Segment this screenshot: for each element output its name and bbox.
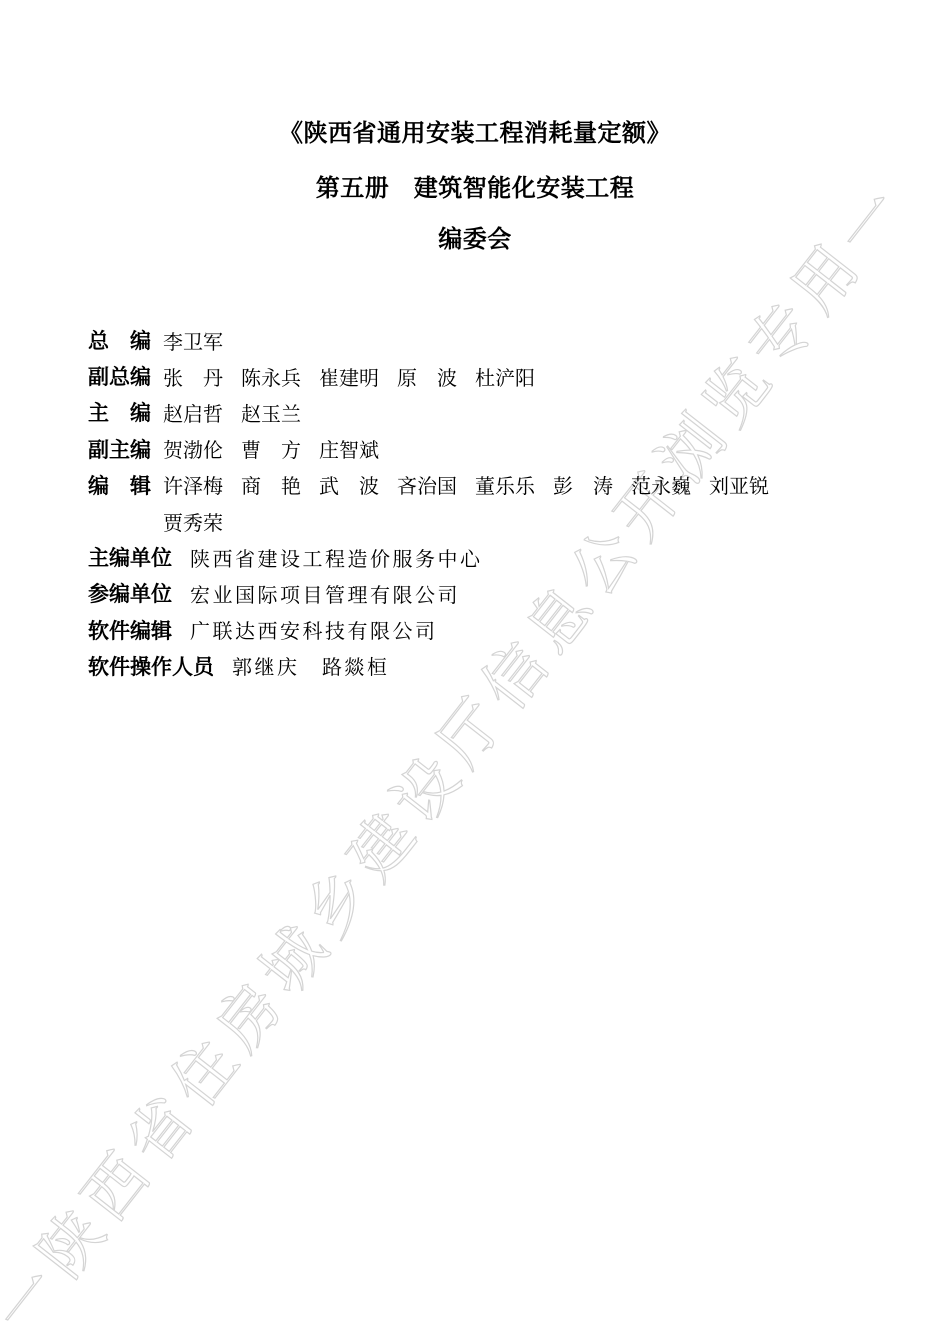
person-name: 武 波 xyxy=(319,470,379,499)
row-chief-editing-unit: 主编单位 陕西省建设工程造价服务中心 xyxy=(88,539,888,575)
person-name: 商 艳 xyxy=(241,470,301,499)
row-deputy-main-editors: 副主编 贺渤伦曹 方庄智斌 xyxy=(88,431,888,467)
org-role-label: 软件操作人员 xyxy=(88,651,214,681)
org-role-label: 参编单位 xyxy=(88,578,172,608)
person-names: 赵启哲赵玉兰 xyxy=(163,398,301,427)
org-name: 广联达西安科技有限公司 xyxy=(190,615,438,644)
person-name: 刘亚锐 xyxy=(709,470,769,499)
person-name: 许泽梅 xyxy=(163,470,223,499)
operator-names: 郭继庆 路燚桓 xyxy=(232,651,390,680)
org-role-label: 主编单位 xyxy=(88,542,172,572)
person-name: 陈永兵 xyxy=(241,362,301,391)
person-names: 李卫军 xyxy=(163,326,223,355)
role-label: 主 编 xyxy=(88,397,151,427)
person-names: 张 丹陈永兵崔建明原 波杜浐阳 xyxy=(163,362,535,391)
role-label: 副主编 xyxy=(88,434,151,464)
committee-heading: 编委会 xyxy=(0,226,950,254)
row-editors-continued: 贾秀荣 xyxy=(88,503,888,539)
person-name: 庄智斌 xyxy=(319,434,379,463)
book-title: 《陕西省通用安装工程消耗量定额》 xyxy=(0,120,950,148)
committee-list: 总 编 李卫军 副总编 张 丹陈永兵崔建明原 波杜浐阳 主 编 赵启哲赵玉兰 副… xyxy=(88,322,888,684)
row-software-editor: 软件编辑 广联达西安科技有限公司 xyxy=(88,612,888,648)
row-participating-unit: 参编单位 宏业国际项目管理有限公司 xyxy=(88,575,888,611)
person-name: 范永巍 xyxy=(631,470,691,499)
row-software-operators: 软件操作人员 郭继庆 路燚桓 xyxy=(88,648,888,684)
person-name: 贺渤伦 xyxy=(163,434,223,463)
person-name: 董乐乐 xyxy=(475,470,535,499)
role-label: 总 编 xyxy=(88,325,151,355)
person-names: 贺渤伦曹 方庄智斌 xyxy=(163,434,379,463)
person-name: 李卫军 xyxy=(163,326,223,355)
row-deputy-chief-editors: 副总编 张 丹陈永兵崔建明原 波杜浐阳 xyxy=(88,358,888,394)
role-label: 副总编 xyxy=(88,361,151,391)
person-name: 原 波 xyxy=(397,362,457,391)
org-name: 陕西省建设工程造价服务中心 xyxy=(190,543,483,572)
person-names: 贾秀荣 xyxy=(163,507,223,536)
person-name: 张 丹 xyxy=(163,362,223,391)
person-name: 杜浐阳 xyxy=(475,362,535,391)
person-name: 贾秀荣 xyxy=(163,507,223,536)
org-name: 宏业国际项目管理有限公司 xyxy=(190,579,460,608)
row-main-editors: 主 编 赵启哲赵玉兰 xyxy=(88,394,888,430)
row-chief-editor: 总 编 李卫军 xyxy=(88,322,888,358)
person-name: 吝治国 xyxy=(397,470,457,499)
person-name: 彭 涛 xyxy=(553,470,613,499)
org-role-label: 软件编辑 xyxy=(88,615,172,645)
person-names: 许泽梅商 艳武 波吝治国董乐乐彭 涛范永巍刘亚锐 xyxy=(163,470,769,499)
person-name: 曹 方 xyxy=(241,434,301,463)
person-name: 赵玉兰 xyxy=(241,398,301,427)
role-label: 编 辑 xyxy=(88,470,151,500)
row-editors: 编 辑 许泽梅商 艳武 波吝治国董乐乐彭 涛范永巍刘亚锐 xyxy=(88,467,888,503)
person-name: 崔建明 xyxy=(319,362,379,391)
person-name: 赵启哲 xyxy=(163,398,223,427)
volume-title: 第五册 建筑智能化安装工程 xyxy=(0,175,950,203)
document-page: 一陕西省住房城乡建设厅信息公开浏览专用一 《陕西省通用安装工程消耗量定额》 第五… xyxy=(0,0,950,1344)
